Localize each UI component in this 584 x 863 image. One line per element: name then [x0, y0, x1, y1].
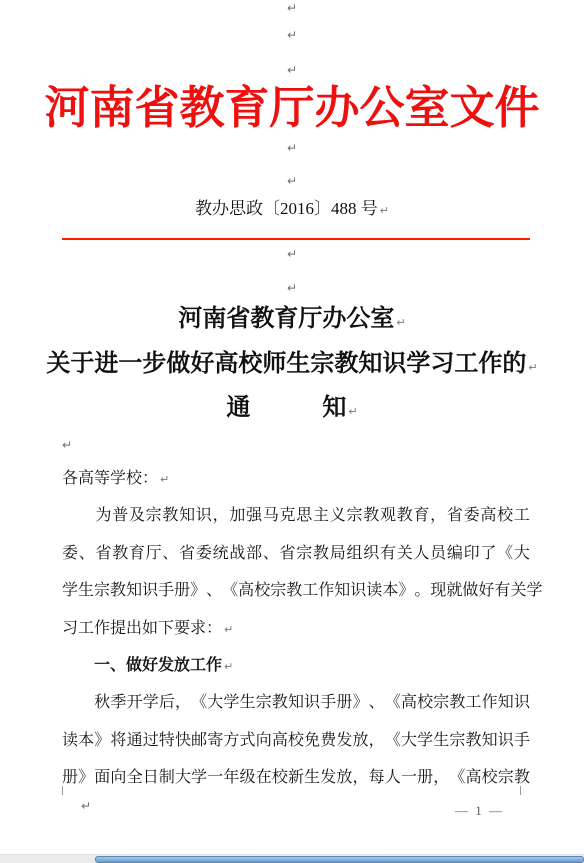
- notice-title-line-1: 河南省教育厅办公室↵: [0, 302, 584, 340]
- salutation: 各高等学校：↵: [62, 468, 530, 491]
- text-boundary-mark: [520, 786, 521, 795]
- paragraph-mark-icon: ↵: [0, 1, 584, 15]
- body-text-line: 册》面向全日制大学一年级在校新生发放，每人一册，《高校宗教: [62, 767, 530, 789]
- document-number: 教办思政〔2016〕488 号↵: [0, 197, 584, 223]
- body-text-line: 秋季开学后，《大学生宗教知识手册》、《高校宗教工作知识: [62, 692, 530, 714]
- page-number: — 1 —: [455, 803, 504, 819]
- body-text-line: 委、省教育厅、省委统战部、省宗教局组织有关人员编印了《大: [62, 543, 530, 565]
- section-heading: 一、做好发放工作↵: [62, 655, 530, 678]
- paragraph-mark-icon: ↵: [348, 405, 357, 418]
- paragraph-mark-icon: ↵: [0, 141, 584, 155]
- paragraph-mark-icon: ↵: [81, 799, 91, 813]
- document-page: ↵ ↵ ↵ 河南省教育厅办公室文件 ↵ ↵ 教办思政〔2016〕488 号↵ ↵…: [0, 0, 584, 863]
- horizontal-scrollbar-thumb[interactable]: [95, 856, 584, 863]
- text-boundary-mark: [62, 786, 63, 795]
- notice-title-line-2: 关于进一步做好高校师生宗教知识学习工作的↵: [0, 347, 584, 385]
- red-separator-line: [62, 238, 530, 240]
- body-text: 习工作提出如下要求：: [62, 620, 222, 637]
- body-text-line: 学生宗教知识手册》、《高校宗教工作知识读本》。现就做好有关学: [62, 580, 530, 602]
- notice-title-text: 关于进一步做好高校师生宗教知识学习工作的: [46, 351, 526, 377]
- paragraph-mark-icon: ↵: [0, 281, 584, 295]
- paragraph-mark-icon: ↵: [0, 247, 584, 261]
- notice-title-line-3: 通 知↵: [0, 391, 584, 429]
- body-text-line: 习工作提出如下要求：↵: [62, 618, 530, 641]
- body-text-line: 为普及宗教知识，加强马克思主义宗教观教育，省委高校工: [62, 505, 530, 527]
- paragraph-mark-icon: ↵: [62, 438, 72, 452]
- horizontal-scrollbar[interactable]: [0, 854, 584, 863]
- paragraph-mark-icon: ↵: [0, 63, 584, 77]
- notice-title-text: 河南省教育厅办公室: [178, 306, 394, 332]
- salutation-text: 各高等学校：: [62, 470, 158, 487]
- notice-title-text: 通 知: [226, 395, 346, 421]
- paragraph-mark-icon: ↵: [224, 660, 233, 673]
- section-heading-text: 一、做好发放工作: [62, 657, 222, 674]
- document-number-text: 教办思政〔2016〕488 号: [195, 199, 378, 218]
- paragraph-mark-icon: ↵: [0, 174, 584, 188]
- paragraph-mark-icon: ↵: [0, 28, 584, 42]
- paragraph-mark-icon: ↵: [380, 204, 389, 217]
- paragraph-mark-icon: ↵: [396, 316, 405, 329]
- paragraph-mark-icon: ↵: [160, 473, 169, 486]
- body-text-line: 读本》将通过特快邮寄方式向高校免费发放，《大学生宗教知识手: [62, 730, 530, 752]
- paragraph-mark-icon: ↵: [528, 361, 537, 374]
- paragraph-mark-icon: ↵: [224, 623, 233, 636]
- letterhead-title: 河南省教育厅办公室文件: [0, 80, 584, 136]
